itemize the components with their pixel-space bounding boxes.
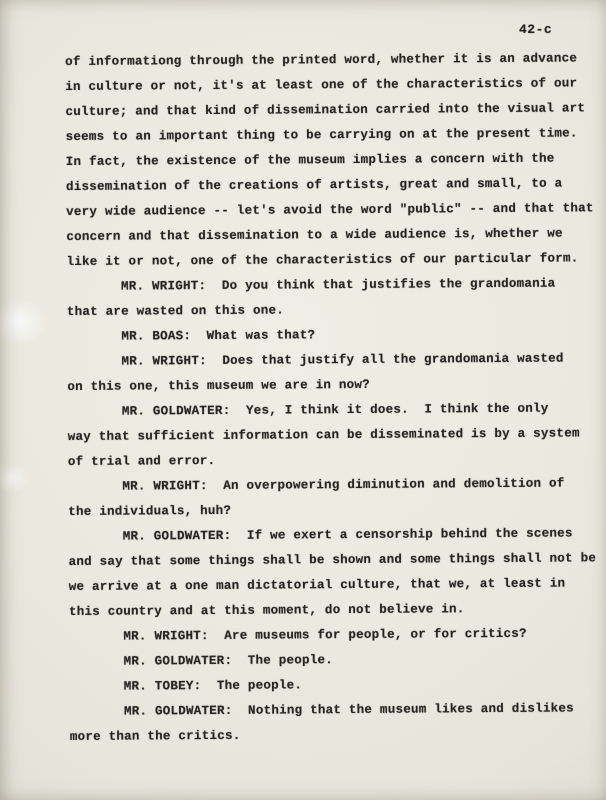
text-line: culture; and that kind of dissemination … [65,96,595,125]
text-line: very wide audience -- let's avoid the wo… [66,196,596,225]
text-line: concern and that dissemination to a wide… [66,221,596,250]
text-line: on this one, this museum we are in now? [67,371,597,400]
text-line: more than the critics. [70,721,600,750]
text-line: MR. WRIGHT: Does that justify all the gr… [67,346,597,375]
text-line: MR. GOLDWATER: Yes, I think it does. I t… [67,396,597,425]
text-line: MR. GOLDWATER: Nothing that the museum l… [70,696,600,725]
text-line: MR. TOBEY: The people. [69,671,599,700]
text-line: MR. GOLDWATER: If we exert a censorship … [68,521,598,550]
transcript-text-block: of informationg through the printed word… [65,46,600,750]
text-line: dissemination of the creations of artist… [66,171,596,200]
text-line: way that sufficient information can be d… [68,421,598,450]
text-line: in culture or not, it's at least one of … [65,71,595,100]
text-line: we arrive at a one man dictatorial cultu… [69,571,599,600]
text-line: MR. WRIGHT: Do you think that justifies … [67,271,597,300]
text-line: seems to an important thing to be carryi… [66,121,596,150]
text-line: MR. WRIGHT: Are museums for people, or f… [69,621,599,650]
text-line: MR. BOAS: What was that? [67,321,597,350]
text-line: this country and at this moment, do not … [69,596,599,625]
text-line: MR. GOLDWATER: The people. [69,646,599,675]
text-line: of trial and error. [68,446,598,475]
text-line: and say that some things shall be shown … [68,546,598,575]
text-line: MR. WRIGHT: An overpowering diminution a… [68,471,598,500]
document-page: 42-c of informationg through the printed… [0,0,606,800]
text-line: In fact, the existence of the museum imp… [66,146,596,175]
text-line: like it or not, one of the characteristi… [66,246,596,275]
text-line: that are wasted on this one. [67,296,597,325]
text-line: of informationg through the printed word… [65,46,595,75]
text-line: the individuals, huh? [68,496,598,525]
page-number: 42-c [519,22,552,38]
